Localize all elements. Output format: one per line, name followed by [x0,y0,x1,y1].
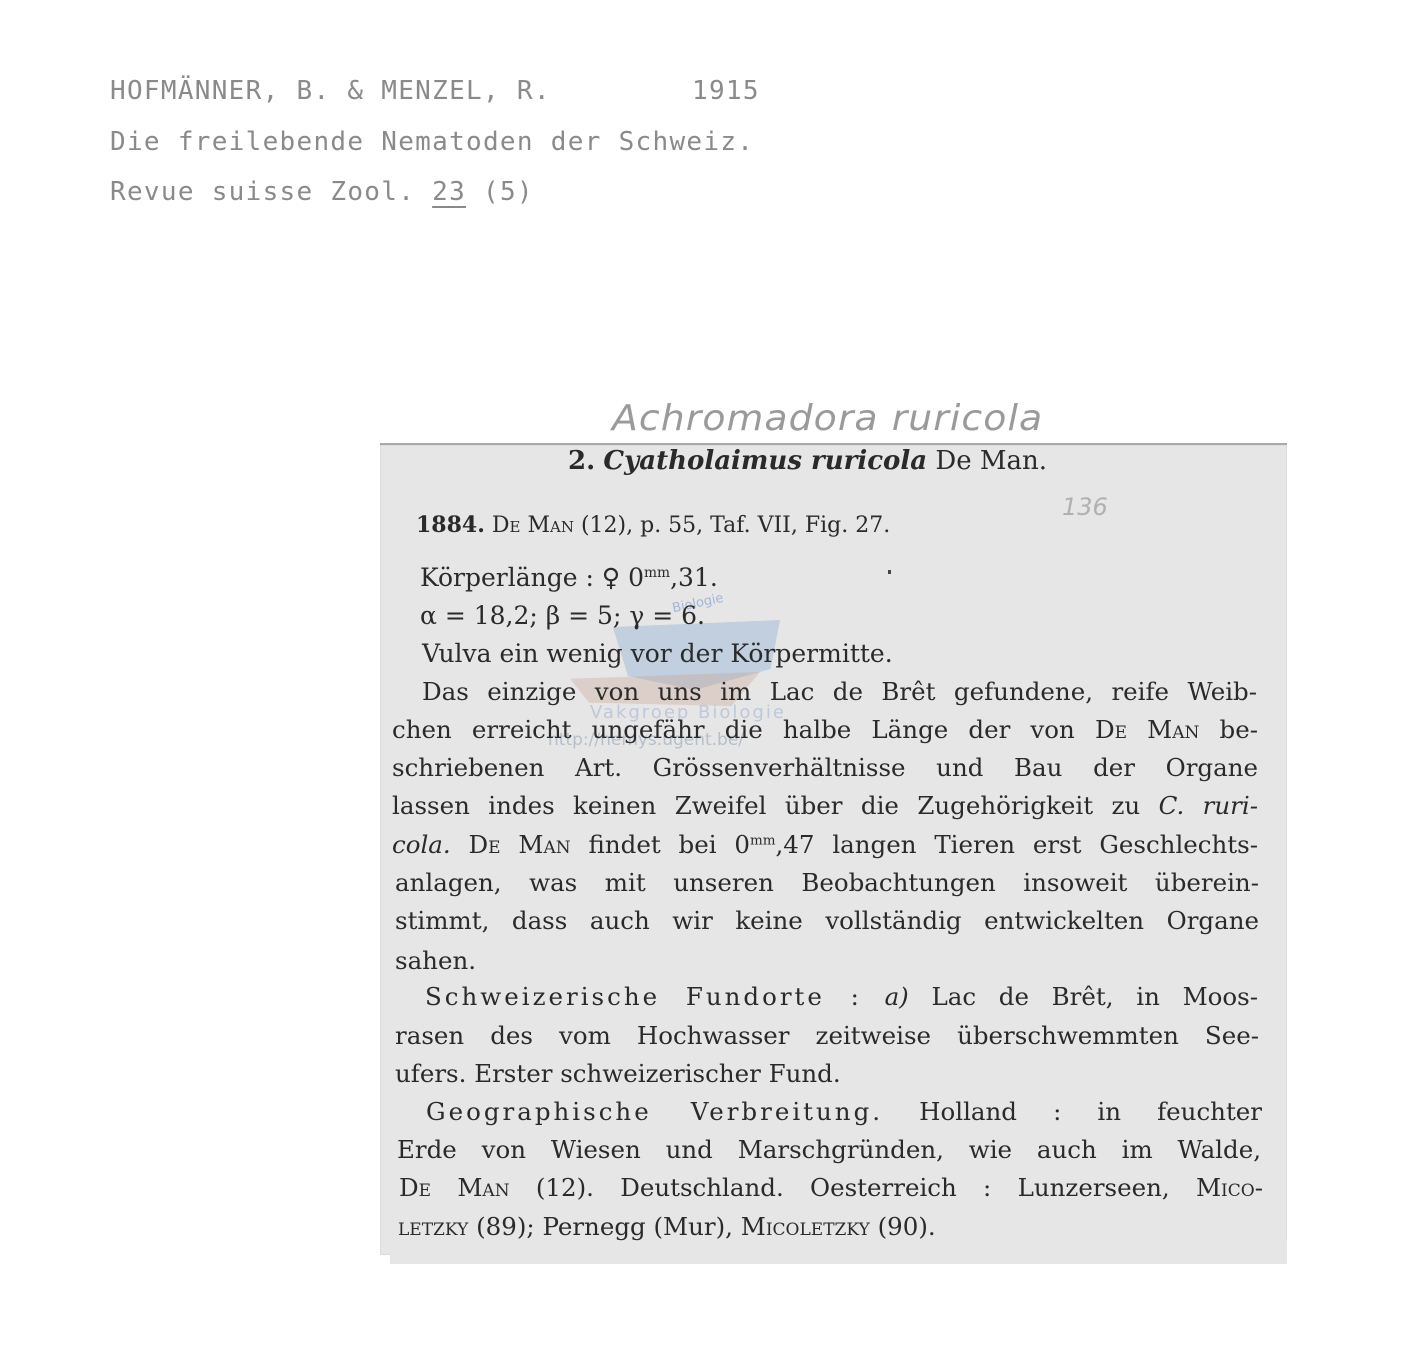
card-journal: Revue suisse Zool. 23 (5) [110,177,534,207]
reference-author: De Man [492,513,574,538]
author-name: De Man [451,830,571,859]
paragraph3-line: letzky (89); Pernegg (Mur), Micoletzky (… [398,1212,936,1241]
text-run: (89); Pernegg (Mur), [468,1212,740,1241]
paragraph1-line: schriebenen Art. Grössenverhältnisse und… [392,753,1258,782]
body-length-unit: mm [644,565,670,581]
text-run: (12). Deutschland. Oesterreich : Lunzers… [510,1173,1196,1202]
journal-volume: 23 [432,177,466,207]
text-run: Holland : in feuchter [883,1097,1262,1126]
journal-name: Revue suisse Zool. [110,177,432,207]
author-name: De Man [1095,715,1199,744]
text-run: ,47 langen Tieren erst Geschlechts- [776,830,1258,859]
species-name: Cyatholaimus ruricola [603,446,927,476]
text-run: findet bei 0 [571,830,750,859]
paragraph3-line: De Man (12). Deutschland. Oesterreich : … [399,1173,1263,1202]
reference-year: 1884. [416,512,485,538]
paragraph1-line: sahen. [395,946,476,975]
handwritten-number: 136 [1062,493,1108,521]
literature-reference: 1884. De Man (12), p. 55, Taf. VII, Fig.… [416,512,890,538]
species-author: De Man. [935,446,1047,476]
author-name: Micoletzky [741,1212,870,1241]
card-year: 1915 [692,76,760,106]
author-name: letzky [398,1212,468,1241]
section-heading: Schweizerische Fundorte : [425,982,862,1011]
text-run: be- [1199,715,1258,744]
body-length: Körperlänge : ♀ 0mm,31. [420,563,718,592]
species-abbrev: C. ruri- [1159,791,1258,820]
text-run: chen erreicht ungefähr die halbe Länge d… [392,715,1095,744]
reference-details: (12), p. 55, Taf. VII, Fig. 27. [574,513,890,538]
paragraph3-line: Geographische Verbreitung. Holland : in … [426,1097,1262,1126]
unit: mm [750,832,776,848]
paragraph1-line: cola. De Man findet bei 0mm,47 langen Ti… [392,830,1258,859]
species-heading: 2. Cyatholaimus ruricola De Man. [568,446,1047,476]
species-number: 2. [568,446,595,476]
paragraph1-line: lassen indes keinen Zweifel über die Zug… [392,791,1258,820]
text-run: (90). [870,1212,936,1241]
body-ratios: α = 18,2; β = 5; γ = 6. [420,601,705,630]
paragraph1-line: chen erreicht ungefähr die halbe Länge d… [392,715,1258,744]
handwritten-species-name: Achromadora ruricola [612,398,1043,439]
text-run: Lac de Brêt, in Moos- [909,982,1258,1011]
card-authors: HOFMÄNNER, B. & MENZEL, R. [110,76,551,106]
pasted-clipping-bottom [390,1240,1287,1264]
paragraph1-line: Das einzige von uns im Lac de Brêt gefun… [422,677,1257,706]
paragraph2-line: ufers. Erster schweizerischer Fund. [395,1059,841,1088]
paragraph3-line: Erde von Wiesen und Marschgründen, wie a… [397,1135,1261,1164]
body-length-value: ,31. [670,563,718,592]
paragraph1-line: anlagen, was mit unseren Beobachtungen i… [395,868,1259,897]
body-length-label: Körperlänge : ♀ 0 [420,563,644,592]
card-title: Die freilebende Nematoden der Schweiz. [110,127,754,157]
print-speck [888,570,891,574]
section-heading: Geographische Verbreitung. [426,1097,883,1126]
text-run: lassen indes keinen Zweifel über die Zug… [392,791,1159,820]
author-name: Mico- [1196,1173,1263,1202]
locality-marker: a) [862,982,909,1011]
paragraph2-line: rasen des vom Hochwasser zeitweise übers… [395,1021,1259,1050]
author-name: De Man [399,1173,510,1202]
species-abbrev: cola. [392,830,451,859]
vulva-position: Vulva ein wenig vor der Körpermitte. [422,639,893,668]
journal-issue: (5) [466,177,534,207]
paragraph2-line: Schweizerische Fundorte : a) Lac de Brêt… [425,982,1258,1011]
paragraph1-line: stimmt, dass auch wir keine vollständig … [395,906,1259,935]
